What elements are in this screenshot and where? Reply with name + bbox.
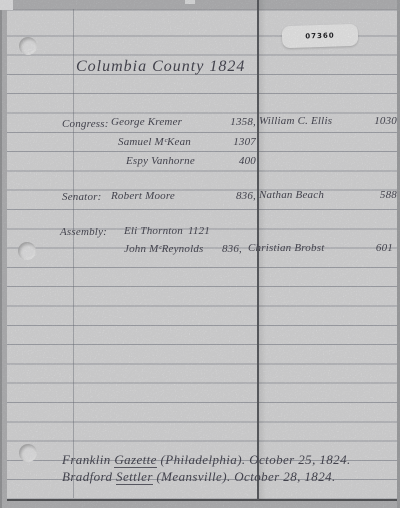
office-label: Senator: [62,190,101,205]
scan-left-edge [0,0,2,508]
vote-count: 588 [367,188,397,203]
underlying-page-notch [185,0,195,4]
candidate-name: William C. Ellis [259,114,332,129]
punch-hole [18,242,36,260]
scanned-notebook-page: 07360 Columbia County 1824 Congress: Geo… [0,0,400,508]
candidate-name: John MᶜReynolds [124,242,204,257]
candidate-name: Eli Thornton [124,224,183,239]
vote-count: 1121 [176,224,210,239]
candidate-name: Samuel MᶜKean [118,135,191,150]
vote-count: 1307 [222,135,256,150]
scan-corner-patch [0,0,13,10]
vote-count: 836, [222,189,256,204]
vote-count: 1030 [367,114,397,129]
candidate-name: Robert Moore [111,189,175,204]
punch-hole [19,444,37,462]
candidate-name: Nathan Beach [259,188,324,203]
candidate-name: Christian Brobst [248,241,324,256]
citation-line: Franklin Gazette (Philadelphia). October… [62,451,351,468]
catalog-sticker: 07360 [282,24,359,49]
vote-count: 1358, [222,115,256,130]
catalog-number: 07360 [305,31,335,40]
office-label: Assembly: [60,225,107,240]
punch-hole [19,37,37,55]
office-label: Congress: [62,117,109,132]
vote-count: 400 [222,154,256,169]
margin-line [73,9,74,498]
page-title: Columbia County 1824 [76,57,245,77]
citation-text: Bradford [62,469,116,484]
citation-text: (Philadelphia). October 25, 1824. [157,452,351,467]
newspaper-name: Gazette [114,452,157,468]
vote-count: 836, [208,242,242,257]
candidate-name: Espy Vanhorne [126,154,195,169]
citation-text: (Meansville). October 28, 1824. [153,469,336,484]
candidate-name: George Kremer [111,115,182,130]
vote-count: 601 [363,241,393,256]
citation-text: Franklin [62,452,114,467]
newspaper-name: Settler [116,469,153,485]
citation-line: Bradford Settler (Meansville). October 2… [62,468,336,485]
